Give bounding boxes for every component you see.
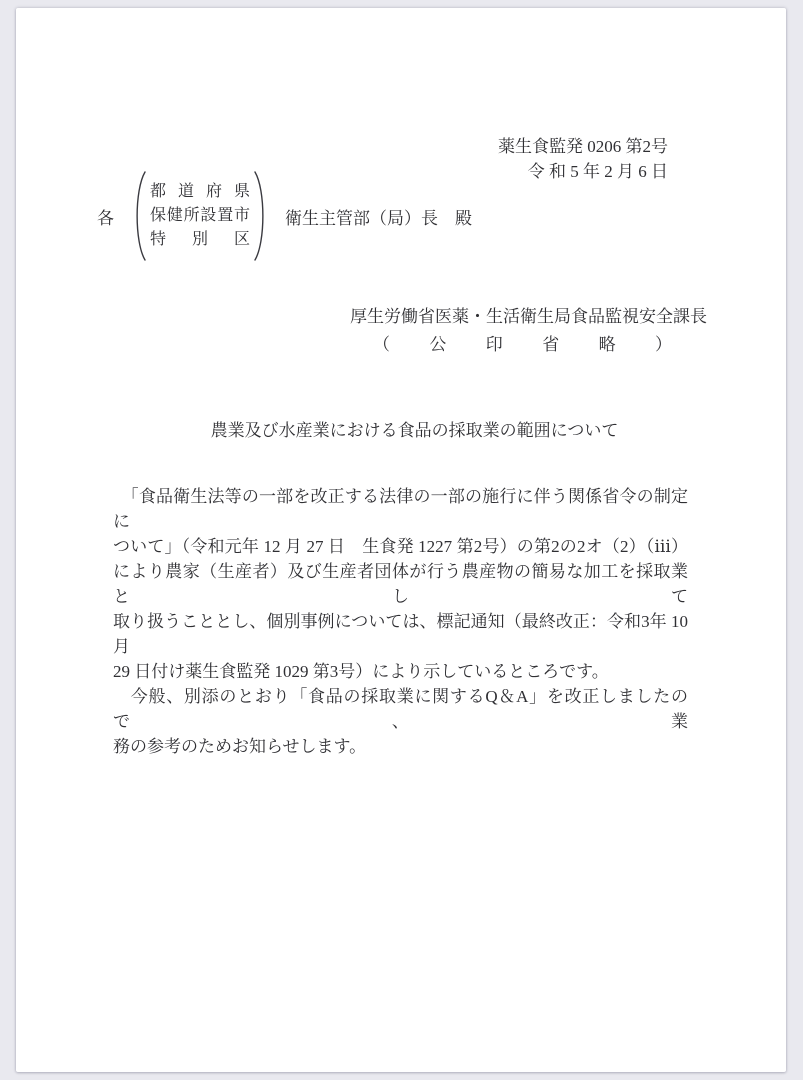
body-line: 29 日付け薬生食監発 1029 第3号）により示しているところです。 (113, 659, 688, 684)
body-line: 今般、別添のとおり「食品の採取業に関するQ＆A」を改正しましたので、業 (113, 684, 688, 734)
doc-number: 薬生食監発 0206 第2号 (498, 134, 668, 159)
body-line: により農家（生産者）及び生産者団体が行う農産物の簡易な加工を採取業として (113, 559, 688, 609)
doc-header: 薬生食監発 0206 第2号 令 和 5 年 2 月 6 日 (498, 134, 668, 184)
sender-title: 厚生労働省医薬・生活衛生局食品監視安全課長 (350, 302, 707, 327)
body-line: 取り扱うこととし、個別事例については、標記通知（最終改正：令和3年 10 月 (113, 609, 688, 659)
recipient-line-special-wards: 特 別 区 (150, 228, 250, 252)
doc-date: 令 和 5 年 2 月 6 日 (498, 159, 668, 184)
body-line: 務の参考のためお知らせします。 (113, 734, 688, 759)
body-line: ついて」（令和元年 12 月 27 日 生食発 1227 第2号）の第2の2オ（… (113, 534, 688, 559)
recipient-addressee: 衛生主管部（局）長 殿 (285, 204, 472, 229)
left-paren-icon (130, 170, 148, 262)
recipient-line-prefectures: 都 道 府 県 (150, 180, 250, 204)
recipient-block: 各 都 道 府 県 保健所設置市 特 別 区 衛生主管部（局）長 殿 (97, 170, 472, 262)
page-background: { "colors": { "background": "#e9e9ef", "… (0, 0, 803, 1080)
body-line: 「食品衛生法等の一部を改正する法律の一部の施行に伴う関係省令の制定に (113, 484, 688, 534)
recipient-line-health-center-cities: 保健所設置市 (150, 204, 250, 228)
right-paren-icon (252, 170, 270, 262)
seal-omitted-note: （ 公 印 省 略 ） (373, 330, 672, 355)
recipient-bracket-list: 都 道 府 県 保健所設置市 特 別 区 (150, 180, 250, 252)
body-text: 「食品衛生法等の一部を改正する法律の一部の施行に伴う関係省令の制定に ついて」（… (113, 484, 688, 759)
recipient-prefix: 各 (97, 204, 114, 229)
document-page: 薬生食監発 0206 第2号 令 和 5 年 2 月 6 日 各 都 道 府 県… (16, 8, 786, 1072)
subject-title: 農業及び水産業における食品の採取業の範囲について (113, 416, 688, 441)
